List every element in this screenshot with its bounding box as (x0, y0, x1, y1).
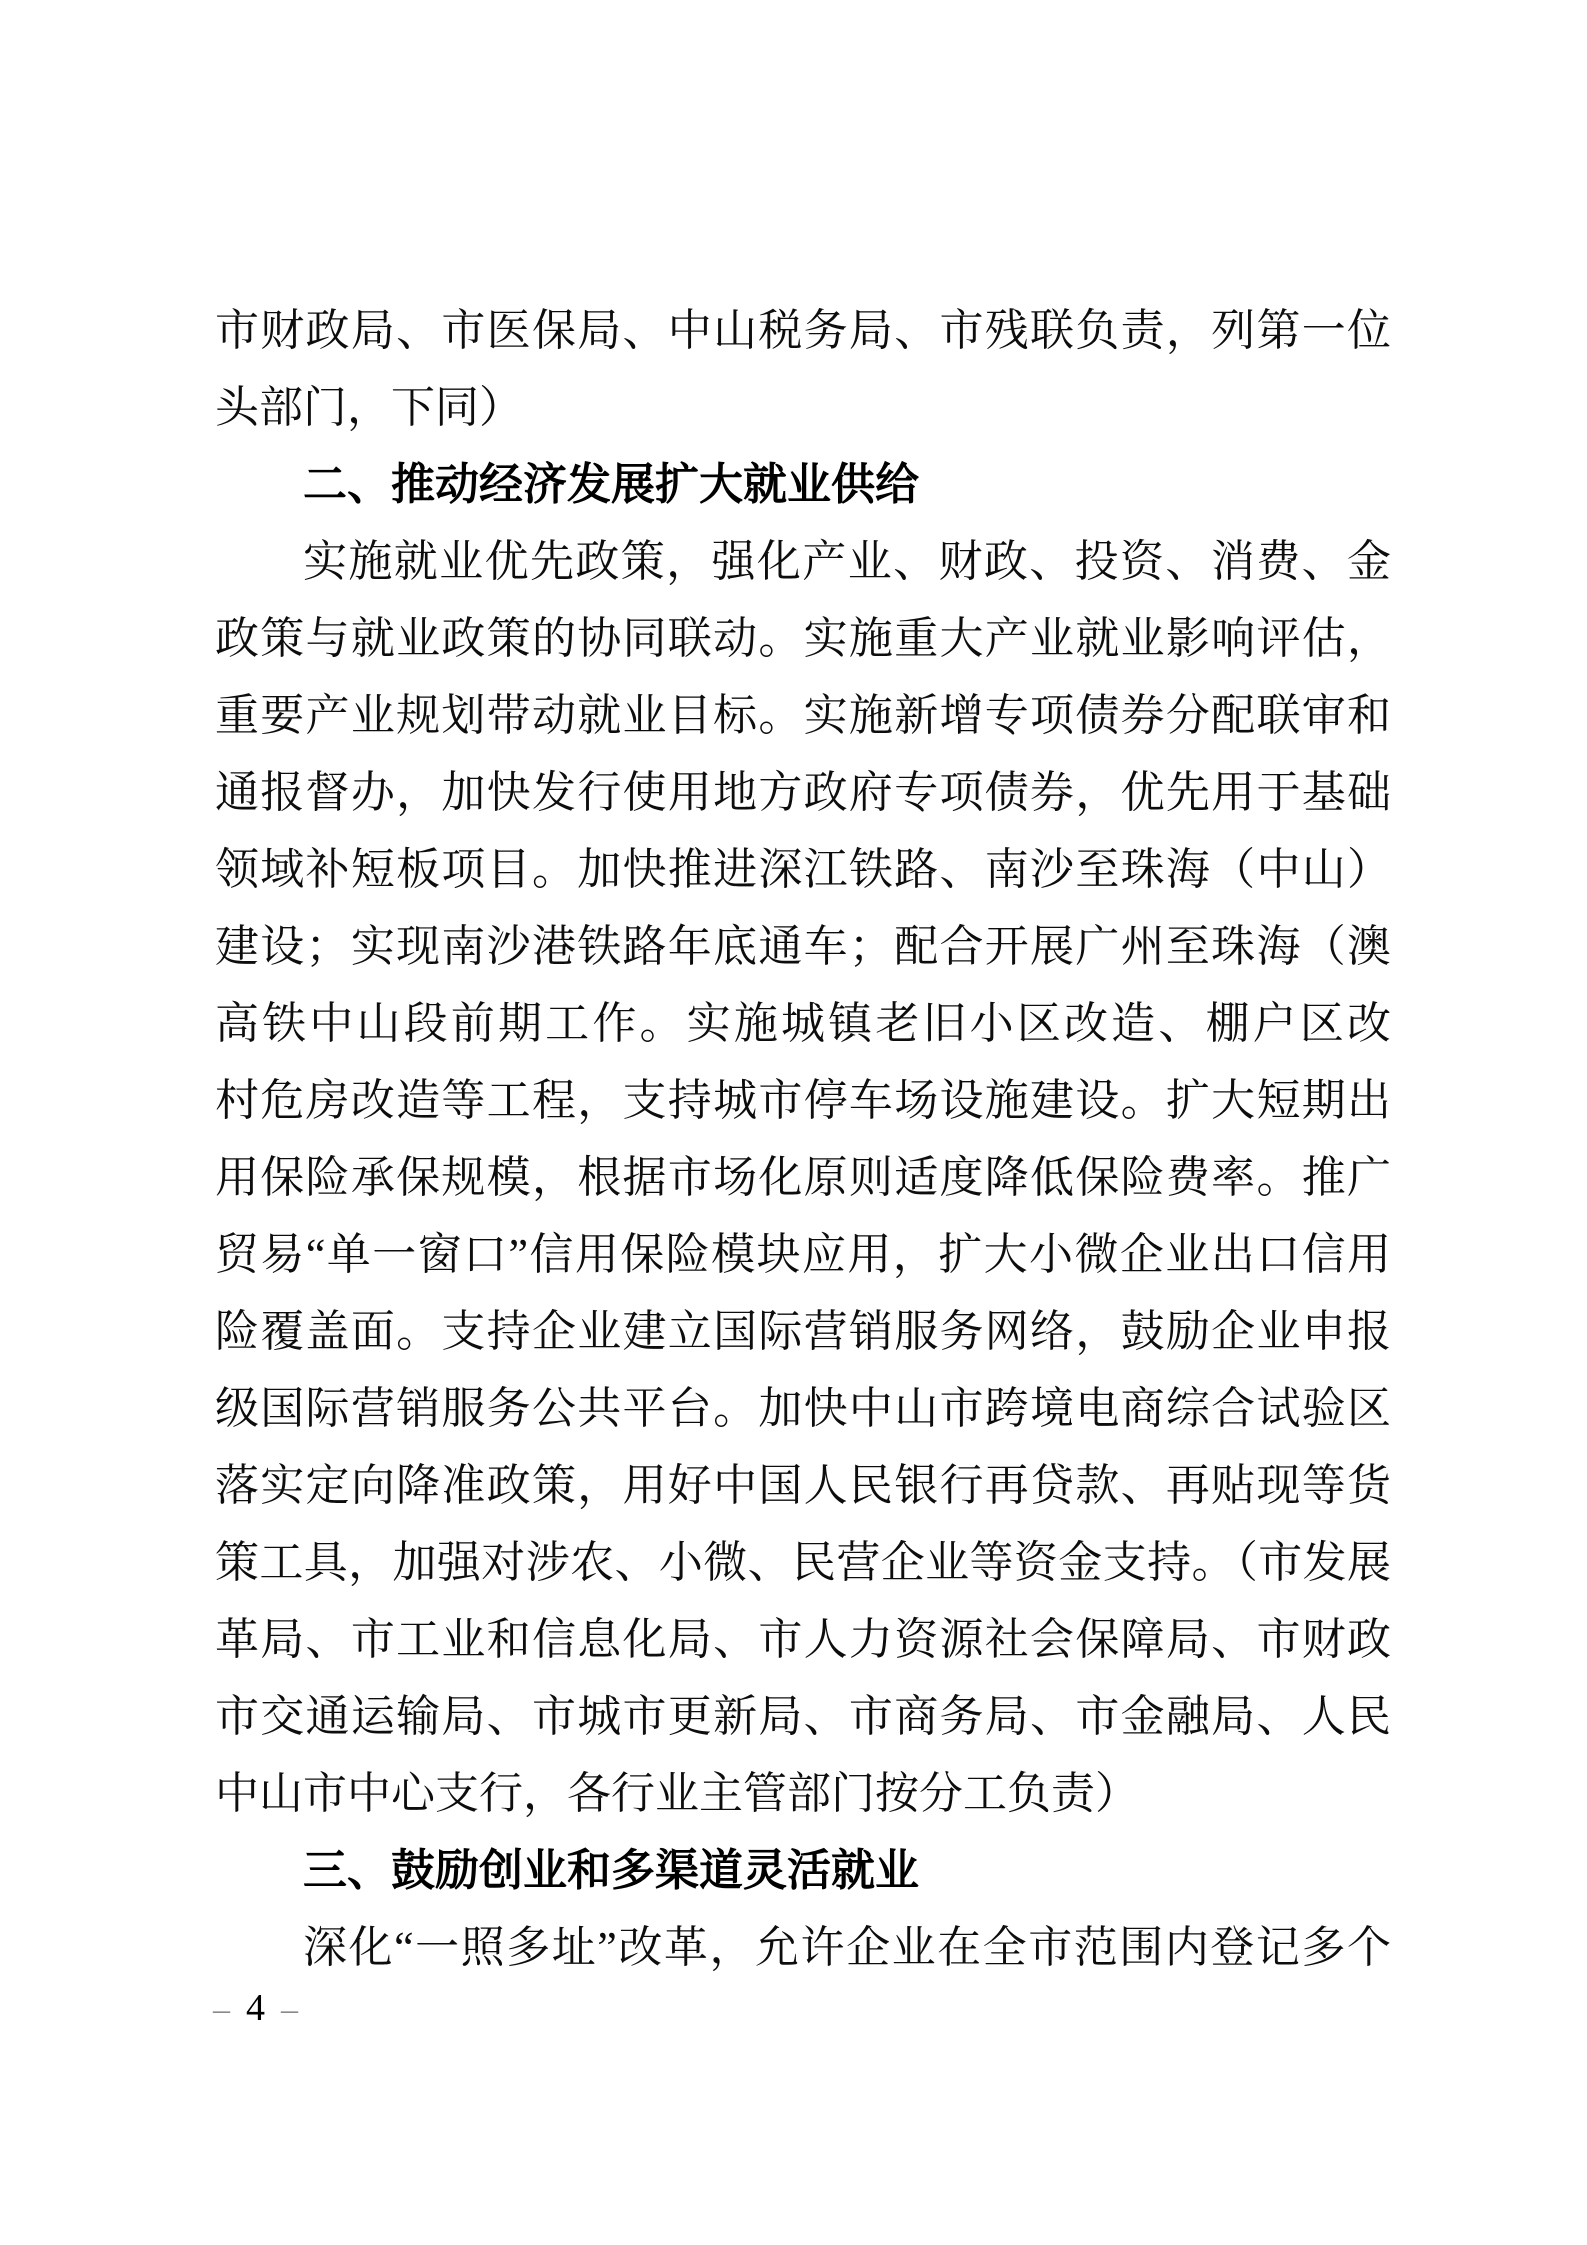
text-line: 市交通运输局、市城市更新局、市商务局、市金融局、人民银行 (215, 1678, 1391, 1755)
text-line: 深化“一照多址”改革，允许企业在全市范围内登记多个经 (215, 1909, 1391, 1986)
text-line: 策工具，加强对涉农、小微、民营企业等资金支持。（市发展改 (215, 1524, 1391, 1601)
document-page: 市财政局、市医保局、中山税务局、市残联负责，列第一位为牵 头部门，下同） 二、推… (0, 0, 1587, 2245)
page-number: –4– (213, 1982, 298, 2034)
text-line: 险覆盖面。支持企业建立国际营销服务网络，鼓励企业申报国家 (215, 1293, 1391, 1370)
text-line: 贸易“单一窗口”信用保险模块应用，扩大小微企业出口信用保 (215, 1216, 1391, 1293)
text-line: 高铁中山段前期工作。实施城镇老旧小区改造、棚户区改造、农 (215, 985, 1391, 1062)
text-line: 通报督办，加快发行使用地方政府专项债券，优先用于基础设施 (215, 754, 1391, 831)
page-number-dash-right: – (281, 1991, 298, 2028)
text-line: 中山市中心支行，各行业主管部门按分工负责） (215, 1755, 1391, 1832)
page-number-value: 4 (246, 1987, 265, 2029)
text-line: 头部门，下同） (215, 369, 1391, 446)
text-line: 级国际营销服务公共平台。加快中山市跨境电商综合试验区建设。 (215, 1370, 1391, 1447)
text-line: 实施就业优先政策，强化产业、财政、投资、消费、金融等 (215, 523, 1391, 600)
text-line: 村危房改造等工程，支持城市停车场设施建设。扩大短期出口信 (215, 1062, 1391, 1139)
text-line: 重要产业规划带动就业目标。实施新增专项债券分配联审和支出 (215, 677, 1391, 754)
text-line: 革局、市工业和信息化局、市人力资源社会保障局、市财政局、 (215, 1601, 1391, 1678)
text-line: 领域补短板项目。加快推进深江铁路、南沙至珠海（中山）城际 (215, 831, 1391, 908)
section-heading-3: 三、鼓励创业和多渠道灵活就业 (215, 1832, 1391, 1909)
text-line: 政策与就业政策的协同联动。实施重大产业就业影响评估，明确 (215, 600, 1391, 677)
text-line: 建设；实现南沙港铁路年底通车；配合开展广州至珠海（澳门） (215, 908, 1391, 985)
section-heading-2: 二、推动经济发展扩大就业供给 (215, 446, 1391, 523)
page-number-dash-left: – (213, 1991, 230, 2028)
text-line: 落实定向降准政策，用好中国人民银行再贷款、再贴现等货币政 (215, 1447, 1391, 1524)
document-body: 市财政局、市医保局、中山税务局、市残联负责，列第一位为牵 头部门，下同） 二、推… (215, 292, 1391, 1986)
text-line: 市财政局、市医保局、中山税务局、市残联负责，列第一位为牵 (215, 292, 1391, 369)
text-line: 用保险承保规模，根据市场化原则适度降低保险费率。推广国际 (215, 1139, 1391, 1216)
